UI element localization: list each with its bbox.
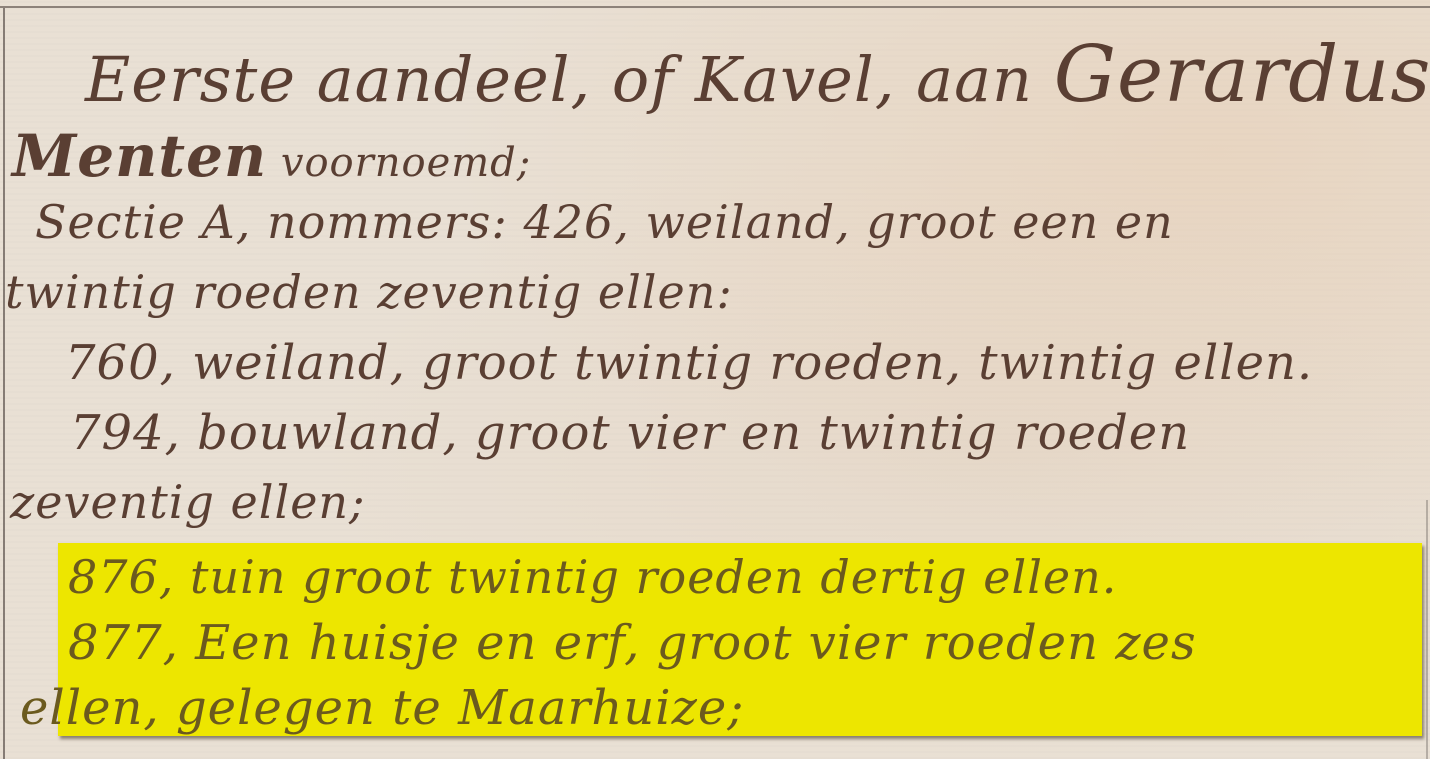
left-margin-line <box>3 8 5 759</box>
name-gerardus: Gerardus <box>1054 30 1430 120</box>
right-edge-line <box>1426 500 1428 759</box>
highlighted-line-8: 876, tuin groot twintig roeden dertig el… <box>68 550 1117 604</box>
handwritten-line-6: 794, bouwland, groot vier en twintig roe… <box>70 405 1190 461</box>
handwritten-line-3: Sectie A, nommers: 426, weiland, groot e… <box>35 195 1174 249</box>
manuscript-page: Eerste aandeel, of Kavel, aan Gerardus M… <box>0 0 1430 759</box>
handwritten-line-7: zeventig ellen; <box>10 475 366 529</box>
handwritten-line-5: 760, weiland, groot twintig roeden, twin… <box>65 335 1313 391</box>
handwritten-line-2: Menten voornoemd; <box>12 122 531 190</box>
name-menten: Menten <box>12 122 267 190</box>
highlighted-line-10: ellen, gelegen te Maarhuize; <box>20 680 744 736</box>
handwritten-line-4: twintig roeden zeventig ellen: <box>5 265 733 319</box>
line-1-text: Eerste aandeel, of Kavel, aan <box>85 43 1054 116</box>
handwritten-line-1: Eerste aandeel, of Kavel, aan Gerardus <box>85 30 1430 120</box>
highlighted-line-9: 877, Een huisje en erf, groot vier roede… <box>68 615 1197 671</box>
top-border-line <box>0 6 1430 8</box>
line-2-text: voornoemd; <box>267 140 531 186</box>
